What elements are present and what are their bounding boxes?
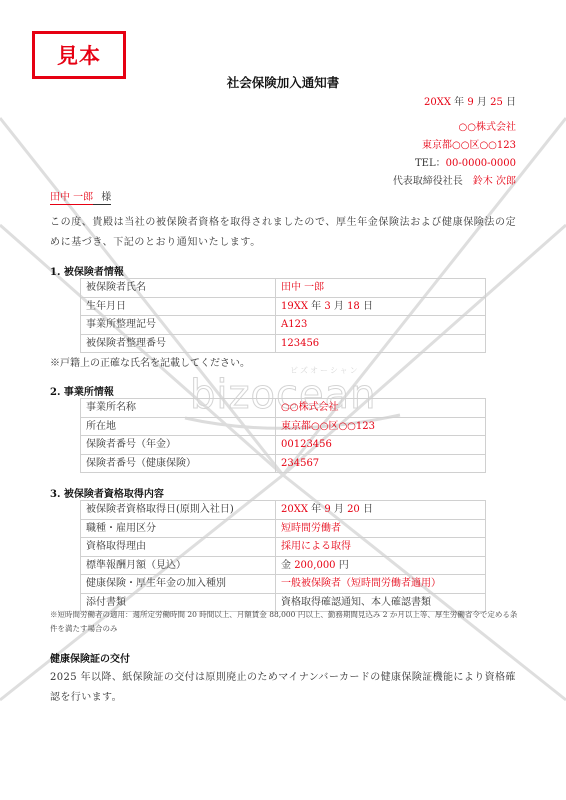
row-value: 123456 xyxy=(276,334,486,353)
row-value: ○○株式会社 xyxy=(276,399,486,418)
table-row: 事業所整理記号 A123 xyxy=(81,316,486,335)
part-time-note: ※短時間労働者の適用：週所定労働時間 20 時間以上、月額賃金 88,000 円… xyxy=(50,608,520,636)
sample-stamp: 見本 xyxy=(32,31,126,79)
row-label: 被保険者氏名 xyxy=(81,279,276,298)
acquisition-table: 被保険者資格取得日(原則入社日) 20XX 年 9 月 20 日 職種・雇用区分… xyxy=(80,500,486,612)
row-label: 標準報酬月額（見込） xyxy=(81,556,276,575)
row-value: 東京都○○区○○123 xyxy=(276,417,486,436)
row-label: 資格取得理由 xyxy=(81,538,276,557)
row-label: 保険者番号（健康保険） xyxy=(81,454,276,473)
row-value: 短時間労働者 xyxy=(276,519,486,538)
row-label: 健康保険・厚生年金の加入種別 xyxy=(81,575,276,594)
row-value: 19XX 年 3 月 18 日 xyxy=(276,297,486,316)
row-label: 事業所名称 xyxy=(81,399,276,418)
row-value: 20XX 年 9 月 20 日 xyxy=(276,501,486,520)
table-row: 事業所名称 ○○株式会社 xyxy=(81,399,486,418)
issue-date: 20XX 年 9 月 25 日 xyxy=(424,93,516,108)
row-value: 234567 xyxy=(276,454,486,473)
row-value: A123 xyxy=(276,316,486,335)
table-row: 被保険者整理番号 123456 xyxy=(81,334,486,353)
table-row: 保険者番号（健康保険） 234567 xyxy=(81,454,486,473)
insured-info-table: 被保険者氏名 田中 一郎 生年月日 19XX 年 3 月 18 日 事業所整理記… xyxy=(80,278,486,353)
row-value: 採用による取得 xyxy=(276,538,486,557)
table-row: 職種・雇用区分 短時間労働者 xyxy=(81,519,486,538)
row-label: 職種・雇用区分 xyxy=(81,519,276,538)
row-value: 金 200,000 円 xyxy=(276,556,486,575)
recipient-honorific: 様 xyxy=(93,192,111,205)
card-paragraph: 2025 年以降、紙保険証の交付は原則廃止のためマイナンバーカードの健康保険証機… xyxy=(50,668,520,708)
section-heading-office: 2. 事業所情報 xyxy=(50,383,114,398)
row-label: 被保険者資格取得日(原則入社日) xyxy=(81,501,276,520)
row-value: 一般被保険者（短時間労働者適用） xyxy=(276,575,486,594)
row-label: 事業所整理記号 xyxy=(81,316,276,335)
table-row: 健康保険・厚生年金の加入種別 一般被保険者（短時間労働者適用） xyxy=(81,575,486,594)
recipient: 田中 一郎様 xyxy=(50,188,111,203)
row-label: 保険者番号（年金） xyxy=(81,436,276,455)
table-row: 所在地 東京都○○区○○123 xyxy=(81,417,486,436)
table-row: 被保険者氏名 田中 一郎 xyxy=(81,279,486,298)
section-heading-acquisition: 3. 被保険者資格取得内容 xyxy=(50,485,164,500)
table-row: 被保険者資格取得日(原則入社日) 20XX 年 9 月 20 日 xyxy=(81,501,486,520)
sender-company: ○○株式会社 xyxy=(459,118,516,133)
office-info-table: 事業所名称 ○○株式会社 所在地 東京都○○区○○123 保険者番号（年金） 0… xyxy=(80,398,486,473)
table-row: 生年月日 19XX 年 3 月 18 日 xyxy=(81,297,486,316)
recipient-name: 田中 一郎 xyxy=(50,192,93,205)
document-title: 社会保険加入通知書 xyxy=(0,73,566,91)
table-row: 標準報酬月額（見込） 金 200,000 円 xyxy=(81,556,486,575)
table-row: 保険者番号（年金） 00123456 xyxy=(81,436,486,455)
intro-paragraph: この度、貴殿は当社の被保険者資格を取得されましたので、厚生年金保険法および健康保… xyxy=(50,213,520,253)
table-row: 資格取得理由 採用による取得 xyxy=(81,538,486,557)
row-label: 被保険者整理番号 xyxy=(81,334,276,353)
sender-representative: 代表取締役社長 鈴木 次郎 xyxy=(393,172,516,187)
row-value: 田中 一郎 xyxy=(276,279,486,298)
insured-note: ※戸籍上の正確な氏名を記載してください。 xyxy=(50,354,250,369)
row-label: 所在地 xyxy=(81,417,276,436)
section-heading-insured: 1. 被保険者情報 xyxy=(50,263,124,278)
row-label: 生年月日 xyxy=(81,297,276,316)
section-heading-card: 健康保険証の交付 xyxy=(50,650,130,665)
sender-tel: TEL：00-0000-0000 xyxy=(415,154,516,169)
sender-address: 東京都○○区○○123 xyxy=(422,136,516,151)
row-value: 00123456 xyxy=(276,436,486,455)
